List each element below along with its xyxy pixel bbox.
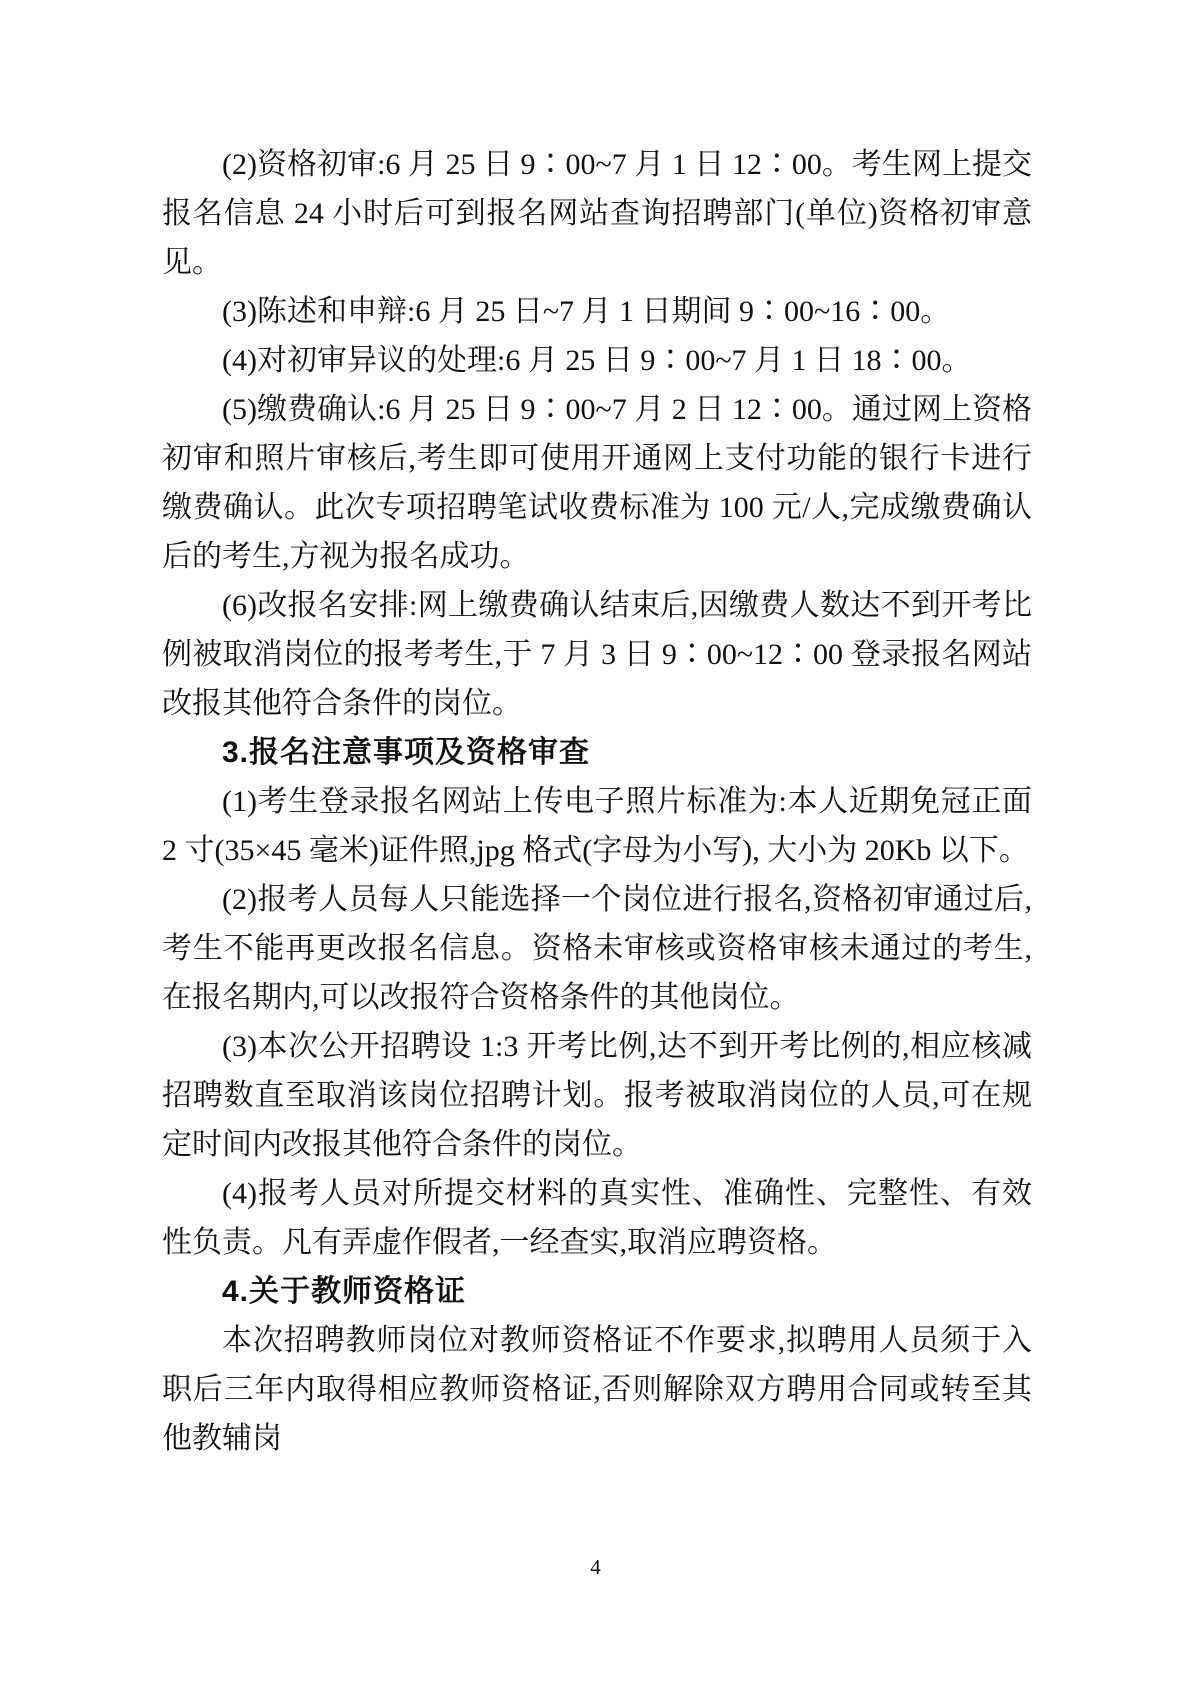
paragraph: (3)陈述和申辩:6 月 25 日~7 月 1 日期间 9∶00~16∶00。 bbox=[162, 287, 1032, 336]
paragraph: 本次招聘教师岗位对教师资格证不作要求,拟聘用人员须于入职后三年内取得相应教师资格… bbox=[162, 1316, 1032, 1463]
paragraph: (3)本次公开招聘设 1:3 开考比例,达不到开考比例的,相应核减招聘数直至取消… bbox=[162, 1022, 1032, 1169]
page-footer: 4 bbox=[0, 1553, 1191, 1581]
page-number: 4 bbox=[590, 1555, 601, 1579]
section-heading: 4.关于教师资格证 bbox=[162, 1267, 1032, 1316]
paragraph: (2)报考人员每人只能选择一个岗位进行报名,资格初审通过后,考生不能再更改报名信… bbox=[162, 875, 1032, 1022]
document-body: (2)资格初审:6 月 25 日 9∶00~7 月 1 日 12∶00。考生网上… bbox=[162, 140, 1032, 1463]
paragraph: (6)改报名安排:网上缴费确认结束后,因缴费人数达不到开考比例被取消岗位的报考考… bbox=[162, 581, 1032, 728]
paragraph: (2)资格初审:6 月 25 日 9∶00~7 月 1 日 12∶00。考生网上… bbox=[162, 140, 1032, 287]
paragraph: (5)缴费确认:6 月 25 日 9∶00~7 月 2 日 12∶00。通过网上… bbox=[162, 385, 1032, 581]
document-page: (2)资格初审:6 月 25 日 9∶00~7 月 1 日 12∶00。考生网上… bbox=[0, 0, 1191, 1684]
section-heading: 3.报名注意事项及资格审查 bbox=[162, 728, 1032, 777]
paragraph: (4)报考人员对所提交材料的真实性、准确性、完整性、有效性负责。凡有弄虚作假者,… bbox=[162, 1169, 1032, 1267]
paragraph: (1)考生登录报名网站上传电子照片标准为:本人近期免冠正面 2 寸(35×45 … bbox=[162, 777, 1032, 875]
paragraph: (4)对初审异议的处理:6 月 25 日 9∶00~7 月 1 日 18∶00。 bbox=[162, 336, 1032, 385]
